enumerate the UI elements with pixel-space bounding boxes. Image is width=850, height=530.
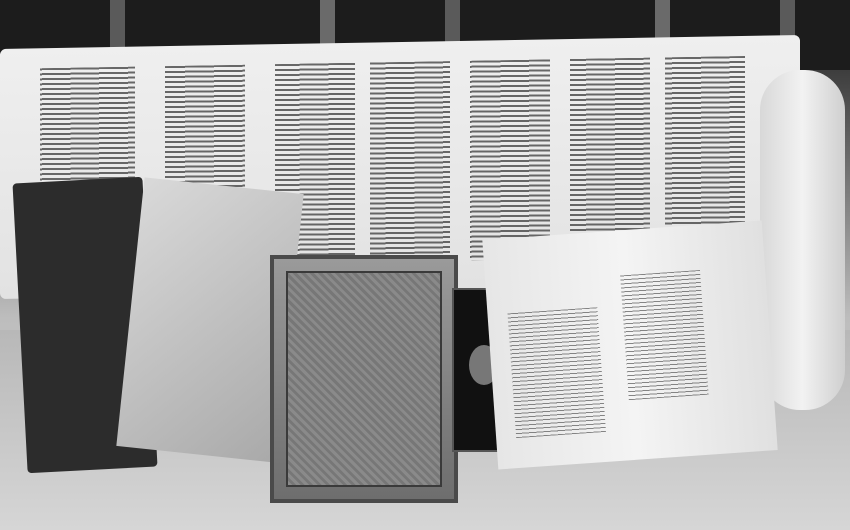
scroll-text-column [370,61,450,262]
scroll-text-column [470,59,550,260]
open-book-framed-text [482,221,777,470]
right-page-text [620,270,709,400]
photo-scene [0,0,850,530]
left-page-text [508,307,607,438]
rolled-scroll-end [760,70,845,410]
engraved-frame [286,271,442,487]
ornate-title-page-book [270,255,458,503]
